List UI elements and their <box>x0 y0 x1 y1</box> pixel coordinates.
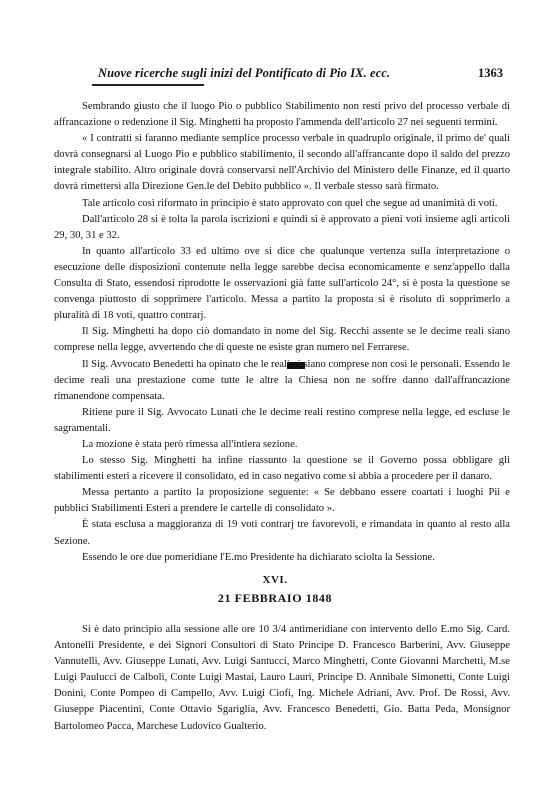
running-head-rule <box>92 84 204 86</box>
paragraph: Ritiene pure il Sig. Avvocato Lunati che… <box>54 405 510 437</box>
paragraph: Sembrando giusto che il luogo Pio o pubb… <box>54 99 510 131</box>
paragraph: La mozione è stata però rimessa all'inti… <box>54 437 510 453</box>
section-body-text: Si è dato principio alla sessione alle o… <box>54 622 510 735</box>
scanned-page: Nuove ricerche sugli inizi del Pontifica… <box>0 0 550 800</box>
page-number: 1363 <box>478 66 503 81</box>
paragraph: Lo stesso Sig. Minghetti ha infine riass… <box>54 453 510 485</box>
paragraph: Il Sig. Minghetti ha dopo ciò domandato … <box>54 324 510 356</box>
paragraph: Dall'articolo 28 si è tolta la parola is… <box>54 212 510 244</box>
running-head: Nuove ricerche sugli inizi del Pontifica… <box>98 66 503 84</box>
section-number: XVI. <box>0 574 550 586</box>
paragraph: Tale articolo così riformato in principi… <box>54 196 510 212</box>
section-date: 21 FEBBRAIO 1848 <box>0 591 550 606</box>
paragraph: Il Sig. Avvocato Benedetti ha opinato ch… <box>54 357 510 405</box>
paragraph: Si è dato principio alla sessione alle o… <box>54 622 510 735</box>
paragraph: « I contratti si faranno mediante sempli… <box>54 131 510 195</box>
ink-blot <box>287 362 305 369</box>
paragraph: Messa pertanto a partito la proposizione… <box>54 485 510 517</box>
paragraph: Essendo le ore due pomeridiane l'E.mo Pr… <box>54 550 510 566</box>
body-text: Sembrando giusto che il luogo Pio o pubb… <box>54 99 510 566</box>
paragraph: In quanto all'articolo 33 ed ultimo ove … <box>54 244 510 324</box>
paragraph: È stata esclusa a maggioranza di 19 voti… <box>54 517 510 549</box>
running-head-title: Nuove ricerche sugli inizi del Pontifica… <box>98 66 390 81</box>
